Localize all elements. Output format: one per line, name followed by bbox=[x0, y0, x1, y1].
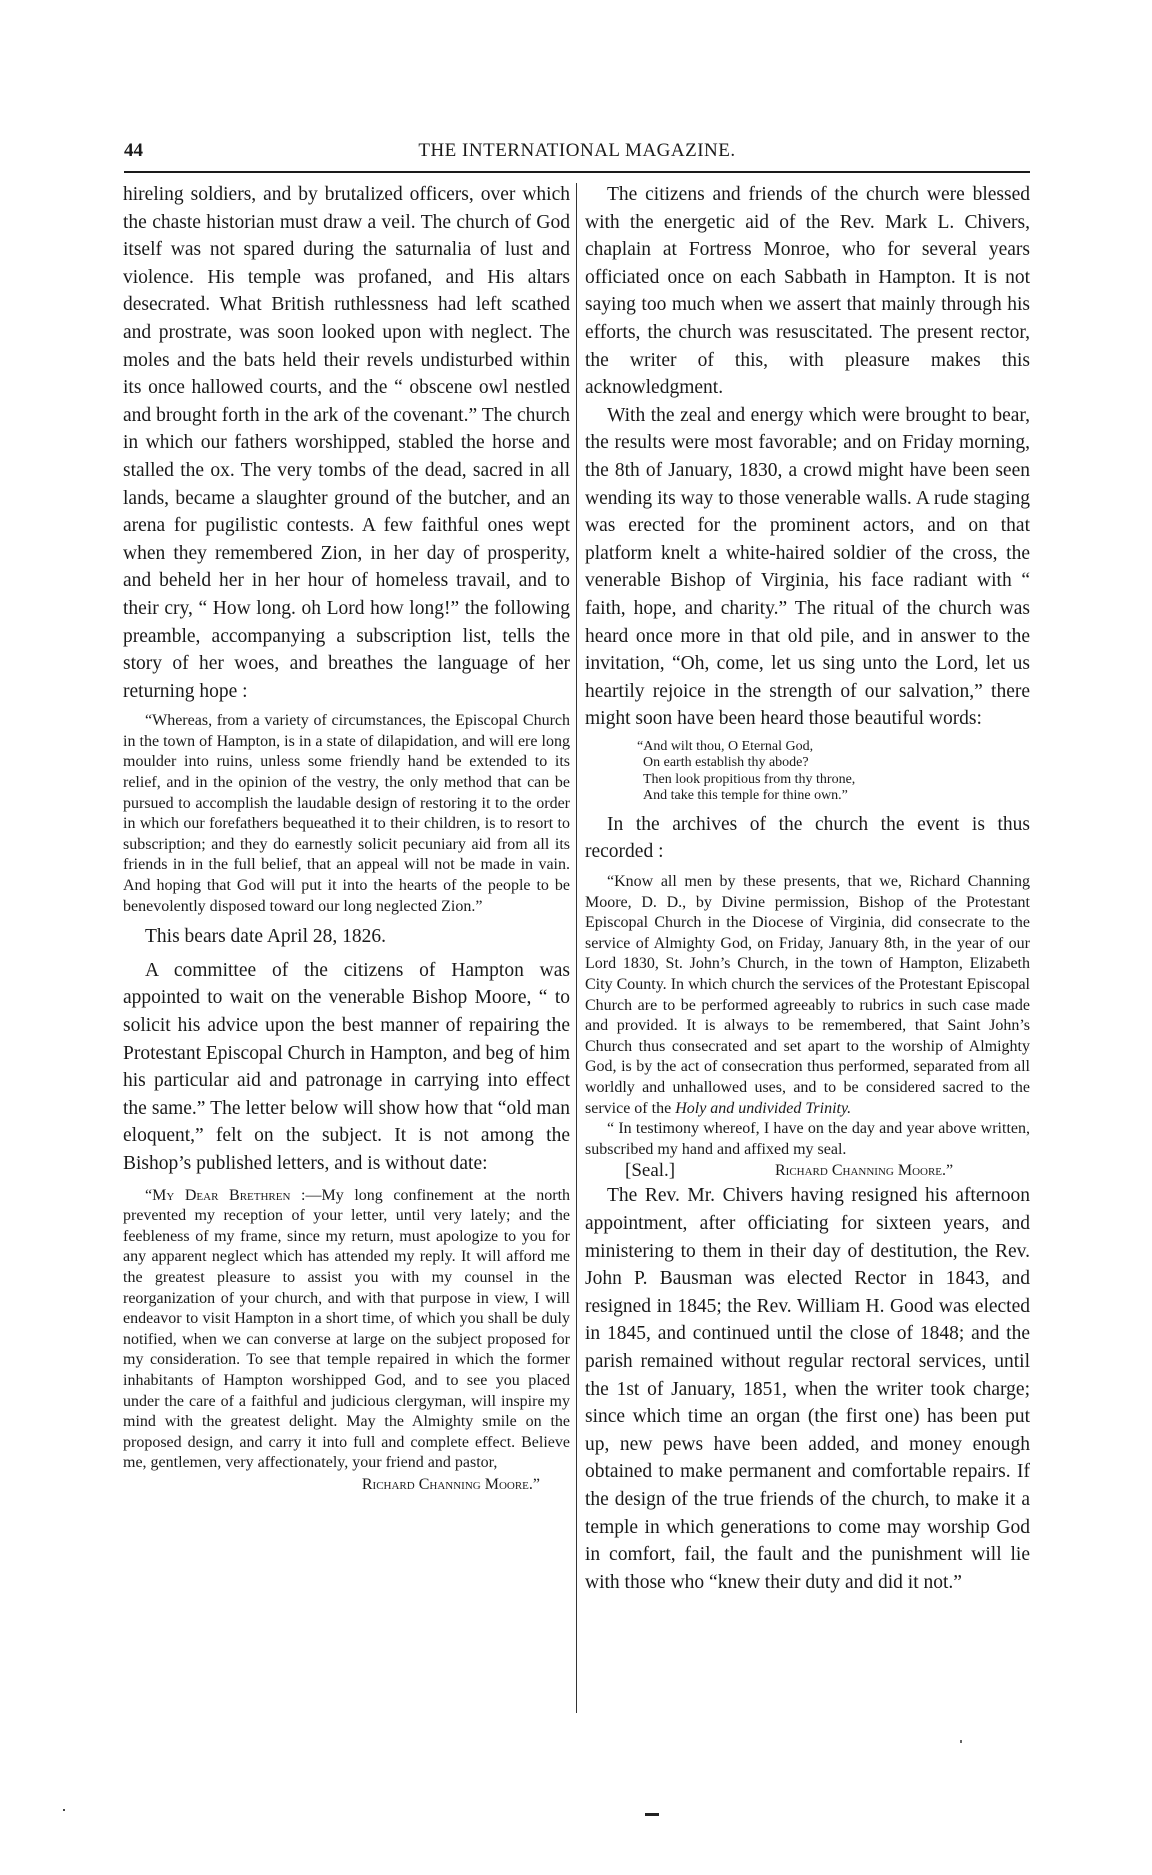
paragraph-date: This bears date April 28, 1826. bbox=[123, 923, 570, 951]
seal-signature: Richard Channing Moore.” bbox=[775, 1160, 953, 1182]
verse-line: On earth establish thy abode? bbox=[643, 755, 1030, 772]
hymn-verse: “And wilt thou, O Eternal God, On earth … bbox=[643, 739, 1030, 805]
right-column: The citizens and friends of the church w… bbox=[585, 181, 1030, 1596]
paragraph-committee: A committee of the citizens of Hampton w… bbox=[123, 957, 570, 1178]
paragraph: The citizens and friends of the church w… bbox=[585, 181, 1030, 402]
paragraph: With the zeal and energy which were brou… bbox=[585, 402, 1030, 733]
print-mark bbox=[645, 1813, 659, 1816]
running-title: THE INTERNATIONAL MAGAZINE. bbox=[124, 140, 1030, 162]
paragraph: hireling soldiers, and by brutalized off… bbox=[123, 181, 570, 705]
letter-salutation: “My Dear Brethren bbox=[145, 1187, 290, 1204]
verse-line: And take this temple for thine own.” bbox=[643, 788, 1030, 805]
print-speck bbox=[63, 1809, 65, 1811]
seal-label: [Seal.] bbox=[625, 1160, 775, 1182]
letter-signature: Richard Channing Moore.” bbox=[123, 1474, 570, 1495]
deed-quote: “Know all men by these presents, that we… bbox=[585, 872, 1030, 1119]
seal-line: [Seal.] Richard Channing Moore.” bbox=[585, 1160, 1030, 1182]
paragraph: In the archives of the church the event … bbox=[585, 811, 1030, 866]
deed-testimony: “ In testimony whereof, I have on the da… bbox=[585, 1119, 1030, 1160]
letter-body: “My Dear Brethren :—My long confinement … bbox=[123, 1186, 570, 1474]
verse-line: Then look propitious from thy throne, bbox=[643, 772, 1030, 789]
header-rule bbox=[124, 171, 1030, 173]
verse-line: “And wilt thou, O Eternal God, bbox=[643, 739, 1030, 756]
print-speck bbox=[960, 1740, 962, 1743]
italic-phrase: Holy and undivided Trinity. bbox=[675, 1100, 851, 1117]
preamble-quote: “Whereas, from a variety of circumstance… bbox=[123, 711, 570, 917]
left-column: hireling soldiers, and by brutalized off… bbox=[123, 181, 570, 1495]
paragraph: The Rev. Mr. Chivers having resigned his… bbox=[585, 1182, 1030, 1596]
column-divider bbox=[576, 183, 577, 1713]
